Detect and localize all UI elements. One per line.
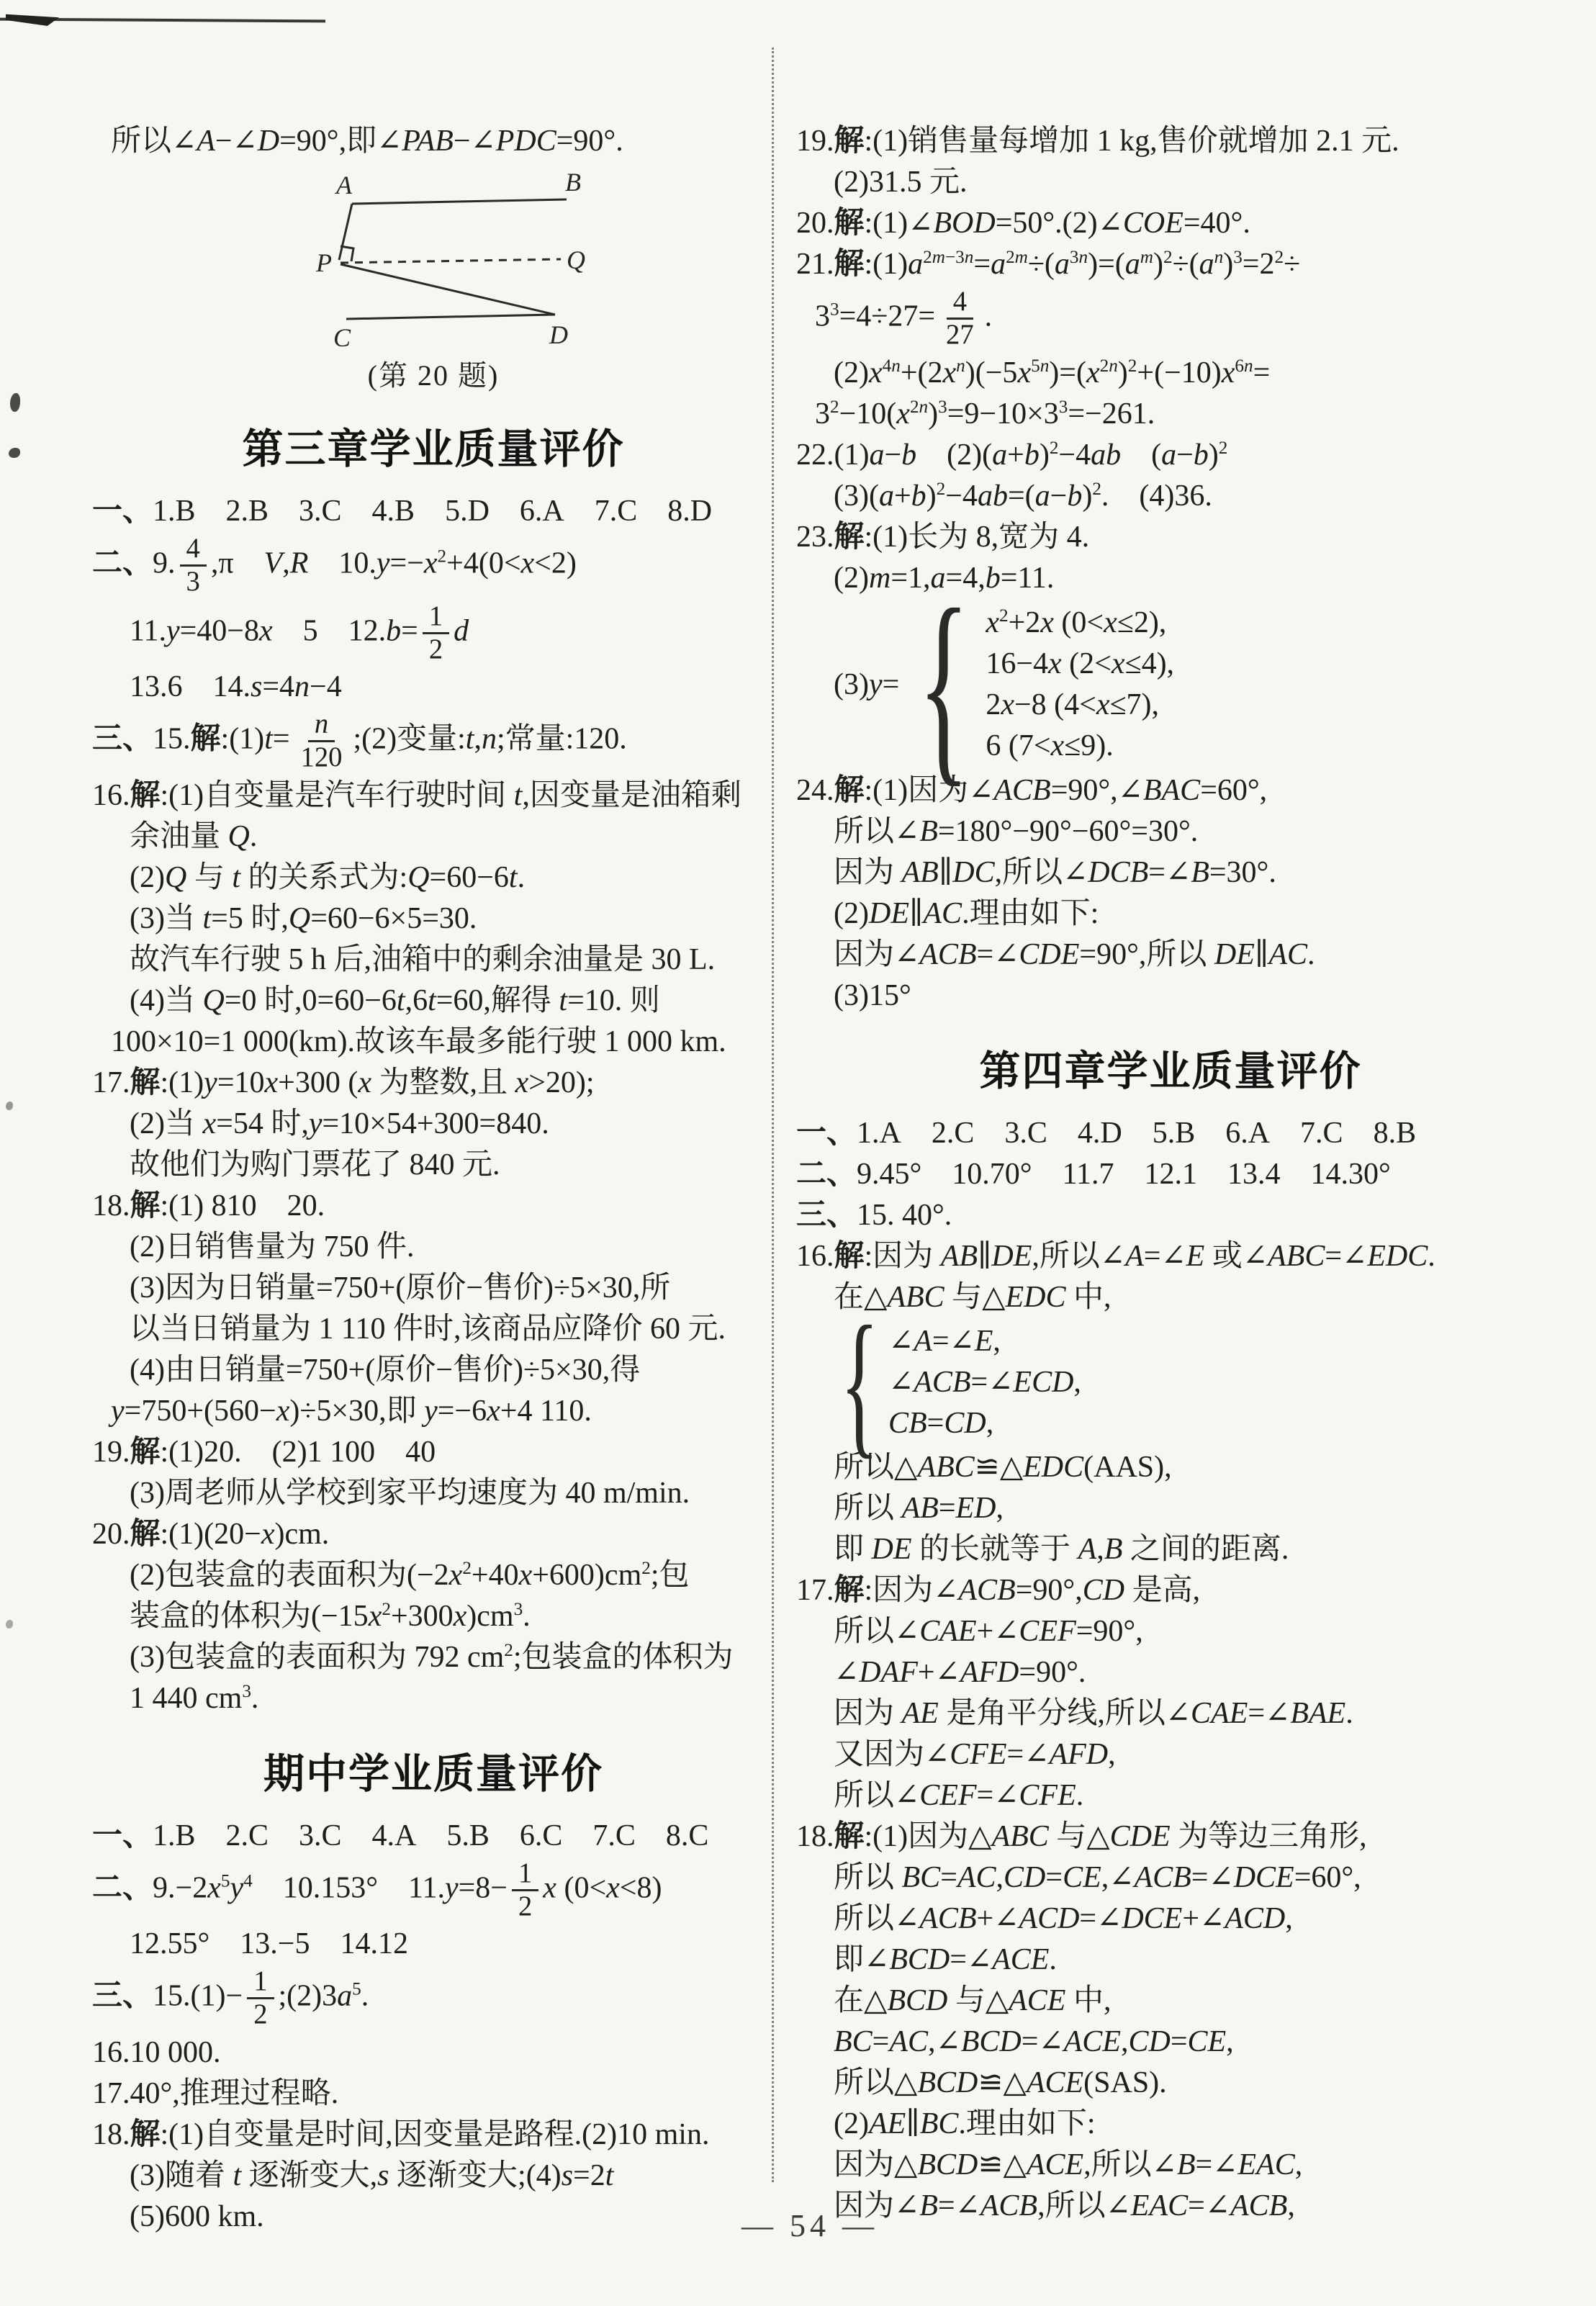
answer-line: (4)由日销量=750+(原价−售价)÷5×30,得 [92,1350,775,1391]
case-row: 2x−8 (4<x≤7), [986,685,1174,726]
answer-line: (2)m=1,a=4,b=11. [796,558,1545,599]
left-column: 所以∠A−∠D=90°,即∠PAB−∠PDC=90°. A B P Q C D … [92,121,775,2238]
answer-line: 33=4÷27=427. [796,285,1545,353]
answer-line: 一、1.B 2.C 3.C 4.A 5.B 6.C 7.C 8.C [92,1816,775,1857]
answer-line: BC=AC,∠BCD=∠ACE,CD=CE, [796,2022,1545,2063]
answer-line: 1 440 cm3. [92,1678,775,1719]
answer-line: 12.55° 13.−5 14.12 [92,1924,775,1965]
answer-line: 100×10=1 000(km).故该车最多能行驶 1 000 km. [92,1022,775,1063]
answer-line: 17.解:(1)y=10x+300 (x 为整数,且 x>20); [92,1063,775,1104]
figure-label-A: A [335,171,353,199]
segment-AP [339,204,352,260]
answer-line: 故汽车行驶 5 h 后,油箱中的剩余油量是 30 L. [92,940,775,981]
answer-line: 20.解:(1)∠BOD=50°.(2)∠COE=40°. [796,203,1545,244]
answer-line: 在△BCD 与△ACE 中, [796,1981,1545,2022]
answer-line: 故他们为购门票花了 840 元. [92,1145,775,1186]
answer-line: 所以∠ACB+∠ACD=∠DCE+∠ACD, [796,1899,1545,1940]
answer-line: (3)周老师从学校到家平均速度为 40 m/min. [92,1473,775,1514]
answer-line: 18.解:(1)自变量是时间,因变量是路程.(2)10 min. [92,2114,775,2156]
cases-block: (3)y={x2+2x (0<x≤2),16−4x (2<x≤4),2x−8 (… [796,600,1545,769]
answer-line: 一、1.A 2.C 3.C 4.D 5.B 6.A 7.C 8.B [796,1113,1545,1154]
answer-line: ∠DAF+∠AFD=90°. [796,1652,1545,1693]
answer-line: (2)日销售量为 750 件. [92,1227,775,1268]
section-heading: 第三章学业质量评价 [92,416,775,475]
answer-line: (3)随着 t 逐渐变大,s 逐渐变大;(4)s=2t [92,2156,775,2197]
answer-line: 16.10 000. [92,2032,775,2073]
answer-line: (5)600 km. [92,2197,775,2238]
segment-PD [341,264,555,315]
answer-line: (3)(a+b)2−4ab=(a−b)2. (4)36. [796,476,1545,517]
section-heading: 期中学业质量评价 [92,1741,775,1800]
answer-line: 18.解:(1) 810 20. [92,1186,775,1227]
answer-line: 32−10(x2n)3=9−10×33=−261. [796,394,1545,435]
segment-AB [352,199,567,204]
answer-line: 24.解:(1)因为∠ACB=90°,∠BAC=60°, [796,770,1545,811]
answer-line: (2)包装盒的表面积为(−2x2+40x+600)cm2;包 [92,1555,775,1596]
answer-line: 所以∠CAE+∠CEF=90°, [796,1611,1545,1652]
answer-line: 16.解:因为 AB∥DE,所以∠A=∠E 或∠ABC=∠EDC. [796,1236,1545,1277]
answer-line: 在△ABC 与△EDC 中, [796,1277,1545,1318]
answer-line: (3)因为日销量=750+(原价−售价)÷5×30,所 [92,1268,775,1309]
answer-line: 20.解:(1)(20−x)cm. [92,1514,775,1555]
case-row: x2+2x (0<x≤2), [986,603,1174,644]
answer-line: 即 DE 的长就等于 A,B 之间的距离. [796,1529,1545,1570]
cases-brace: { [840,1320,879,1446]
answer-line: 所以∠CEF=∠CFE. [796,1775,1545,1816]
answer-line: 17.解:因为∠ACB=90°,CD 是高, [796,1570,1545,1611]
scan-speck [9,448,20,458]
answer-line: 21.解:(1)a2m−3n=a2m÷(a3n)=(am)2÷(an)3=22÷ [796,244,1545,285]
answer-line: 二、9.45° 10.70° 11.7 12.1 13.4 14.30° [796,1154,1545,1195]
answer-line: (3)15° [796,976,1545,1017]
answer-line: 22.(1)a−b (2)(a+b)2−4ab (a−b)2 [796,435,1545,476]
answer-line: 三、15.解:(1)t=n120;(2)变量:t,n;常量:120. [92,708,775,775]
answer-line: (2)当 x=54 时,y=10×54+300=840. [92,1104,775,1145]
answer-line: 17.40°,推理过程略. [92,2073,775,2114]
scan-artifact-blob [6,13,59,26]
answer-line: 二、9.−2x5y4 10.153° 11.y=8−12x (0<x<8) [92,1857,775,1924]
cases-block: {∠A=∠E,∠ACB=∠ECD,CB=CD, [796,1320,1545,1446]
answer-line: 所以∠A−∠D=90°,即∠PAB−∠PDC=90°. [92,121,775,162]
figure-caption: (第 20 题) [92,357,775,395]
cases-prefix: (3)y= [834,667,899,702]
answer-line: 以当日销量为 1 110 件时,该商品应降价 60 元. [92,1309,775,1350]
answer-line: 因为△BCD≌△ACE,所以∠B=∠EAC, [796,2145,1545,2186]
scan-speck [6,1102,13,1110]
scan-speck [6,1620,13,1629]
answer-line: (2)AE∥BC.理由如下: [796,2104,1545,2145]
scanned-answer-page: 所以∠A−∠D=90°,即∠PAB−∠PDC=90°. A B P Q C D … [0,0,1596,2306]
answer-line: 19.解:(1)销售量每增加 1 kg,售价就增加 2.1 元. [796,121,1545,162]
segment-PQ-dashed [341,259,561,263]
answer-line: (3)包装盒的表面积为 792 cm2;包装盒的体积为 [92,1637,775,1678]
figure-label-P: P [315,248,332,277]
cases-brace: { [918,600,970,769]
figure-label-D: D [549,320,568,349]
answer-line: (2)Q 与 t 的关系式为:Q=60−6t. [92,857,775,898]
answer-line: 所以△ABC≌△EDC(AAS), [796,1447,1545,1488]
answer-line: 11.y=40−8x 5 12.b=12d [92,600,775,667]
answer-line: 装盒的体积为(−15x2+300x)cm3. [92,1596,775,1637]
answer-line: 18.解:(1)因为△ABC 与△CDE 为等边三角形, [796,1816,1545,1857]
answer-line: 二、9.43,π V,R 10.y=−x2+4(0<x<2) [92,532,775,600]
answer-line: 三、15.(1)−12;(2)3a5. [92,1965,775,2032]
answer-line: (2)x4n+(2xn)(−5x5n)=(x2n)2+(−10)x6n= [796,353,1545,394]
case-row: 6 (7<x≤9). [986,726,1174,767]
figure-label-C: C [333,323,351,352]
answer-line: y=750+(560−x)÷5×30,即 y=−6x+4 110. [92,1391,775,1432]
page-number: — 54 — [695,2207,925,2244]
answer-line: (3)当 t=5 时,Q=60−6×5=30. [92,898,775,940]
case-row: ∠A=∠E, [888,1321,1081,1362]
answer-line: 因为 AE 是角平分线,所以∠CAE=∠BAE. [796,1693,1545,1734]
answer-line: 所以△BCD≌△ACE(SAS). [796,2063,1545,2104]
answer-line: (2)DE∥AC.理由如下: [796,893,1545,934]
section-heading: 第四章学业质量评价 [796,1038,1545,1097]
answer-line: 所以∠B=180°−90°−60°=30°. [796,811,1545,852]
scan-speck [10,393,20,412]
geometry-figure-canvas: A B P Q C D [264,171,603,352]
answer-line: 因为 AB∥DC,所以∠DCB=∠B=30°. [796,852,1545,893]
case-row: ∠ACB=∠ECD, [888,1362,1081,1403]
right-column: 19.解:(1)销售量每增加 1 kg,售价就增加 2.1 元.(2)31.5 … [796,121,1545,2227]
answer-line: 一、1.B 2.B 3.C 4.B 5.D 6.A 7.C 8.D [92,491,775,532]
geometry-figure: A B P Q C D (第 20 题) [92,171,775,395]
answer-line: 因为∠ACB=∠CDE=90°,所以 DE∥AC. [796,934,1545,976]
answer-line: 所以 AB=ED, [796,1488,1545,1529]
answer-line: (2)31.5 元. [796,162,1545,203]
answer-line: 19.解:(1)20. (2)1 100 40 [92,1432,775,1473]
answer-line: 13.6 14.s=4n−4 [92,667,775,708]
answer-line: 所以 BC=AC,CD=CE,∠ACB=∠DCE=60°, [796,1857,1545,1899]
answer-line: 即∠BCD=∠ACE. [796,1940,1545,1981]
answer-line: 余油量 Q. [92,816,775,857]
answer-line: (4)当 Q=0 时,0=60−6t,6t=60,解得 t=10. 则 [92,981,775,1022]
answer-line: 23.解:(1)长为 8,宽为 4. [796,517,1545,558]
answer-line: 16.解:(1)自变量是汽车行驶时间 t,因变量是油箱剩 [92,775,775,816]
case-row: CB=CD, [888,1403,1081,1444]
answer-line: 三、15. 40°. [796,1195,1545,1236]
figure-label-B: B [565,171,581,197]
case-row: 16−4x (2<x≤4), [986,644,1174,685]
answer-line: 又因为∠CFE=∠AFD, [796,1734,1545,1775]
segment-CD [346,315,555,319]
figure-label-Q: Q [567,246,585,274]
